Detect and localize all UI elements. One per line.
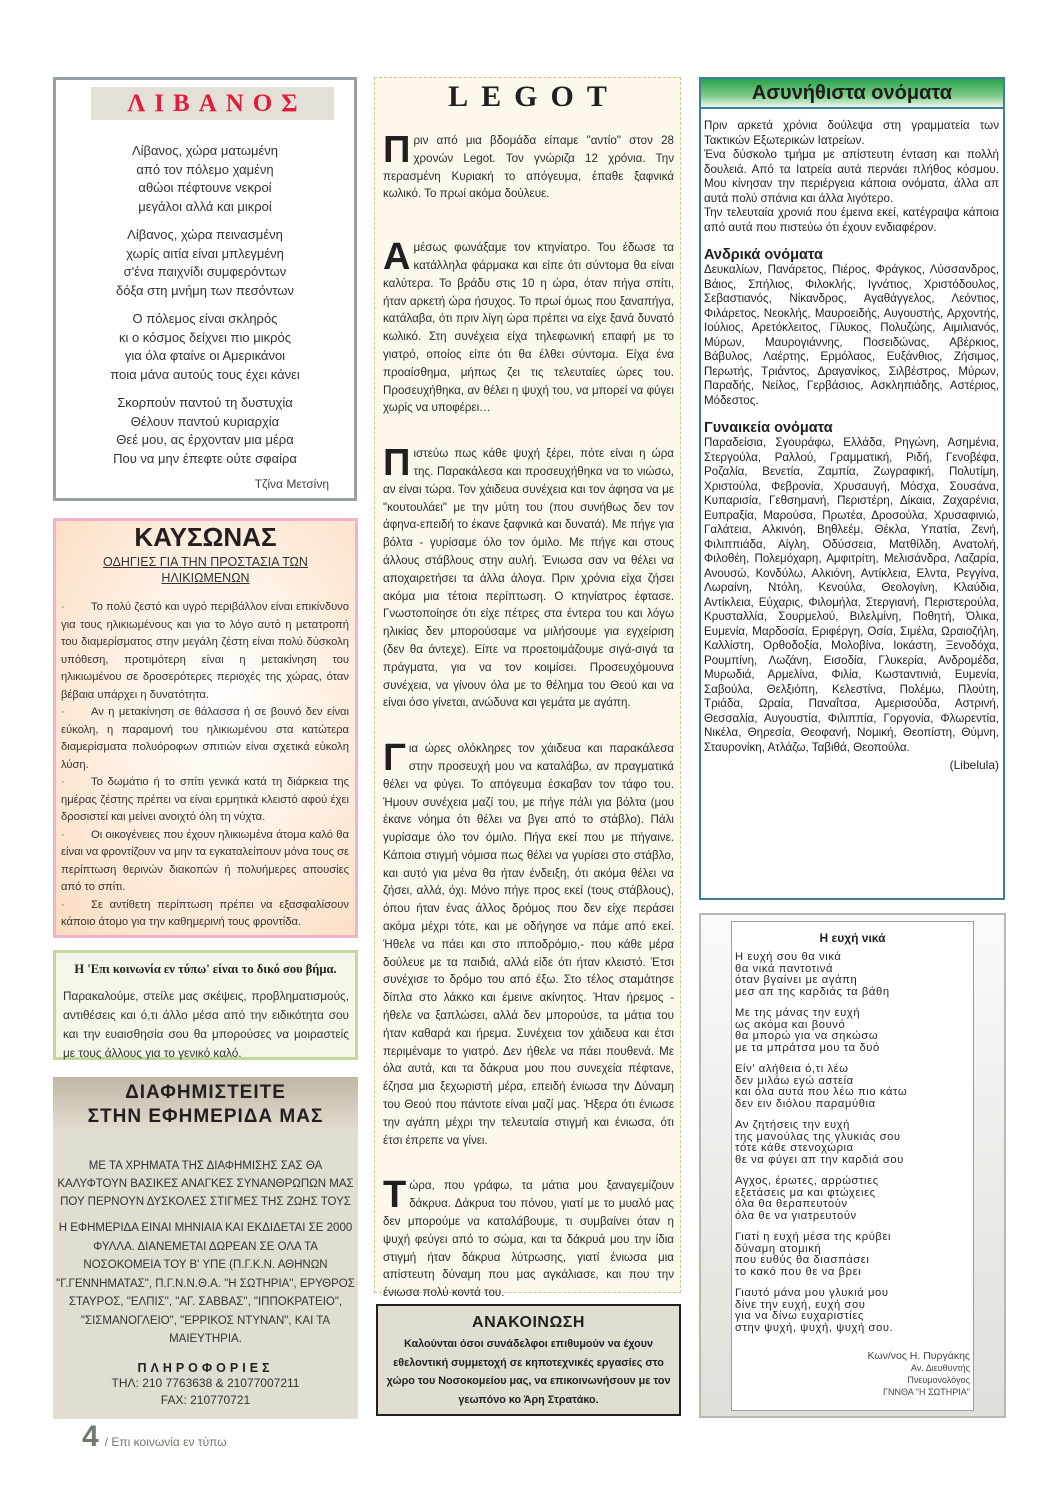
legot-article: LEGOT Πριν από μια βδομάδα είπαμε "αντίο… — [374, 77, 681, 1293]
bullet-icon: · — [61, 774, 91, 792]
libanos-poem-box: ΛΙΒΑΝΟΣ Λίβανος, χώρα ματωμένη από τον π… — [53, 77, 357, 501]
poem-line: μεγάλοι αλλά και μικροί — [56, 198, 354, 217]
legot-title: LEGOT — [375, 80, 680, 114]
bullet-icon: · — [61, 827, 91, 845]
advertise-paragraph: Η ΕΦΗΜΕΡΙΔΑ ΕΙΝΑΙ ΜΗΝΙΑΙΑ ΚΑΙ ΕΚΔΙΔΕΤΑΙ … — [53, 1219, 358, 1349]
poem-line: για όλα φταίνε οι Αμερικάνοι — [56, 347, 354, 366]
bullet-text: Το πολύ ζεστό και υγρό περιβάλλον είναι … — [61, 601, 349, 701]
names-credit: (Libelula) — [704, 758, 999, 773]
article-paragraph: Για ώρες ολόκληρες τον χάιδευα και παρακ… — [383, 740, 674, 1149]
dropcap: Γ — [383, 742, 406, 774]
paragraph-text: ιστεύω πως κάθε ψυχή ξέρει, πότε είναι η… — [383, 447, 674, 709]
signature-line: Αν. Διευθυντής — [868, 1362, 971, 1374]
poem-line: για να δίνω ευχαριστίες — [735, 1311, 973, 1323]
heatwave-body: ·Το πολύ ζεστό και υγρό περιβάλλον είναι… — [61, 599, 349, 932]
dropcap: Α — [383, 241, 410, 273]
bullet-item: ·Σε αντίθετη περίπτωση πρέπει να εξασφαλ… — [61, 897, 349, 932]
dropcap: Π — [383, 134, 410, 166]
paragraph-text: ριν από μια βδομάδα είπαμε "αντίο" στον … — [383, 134, 674, 200]
poem-stanza: Είν' αλήθεια ό,τι λέω δεν μιλάω εγώ αστε… — [735, 1064, 973, 1110]
poem-line: δόξα στη μνήμη των πεσόντων — [56, 282, 354, 301]
dropcap: Τ — [383, 1179, 406, 1211]
unusual-names-title: Ασυνήθιστα ονόματα — [701, 79, 1003, 109]
libanos-author: Τζίνα Μετσίνη — [255, 477, 329, 491]
poem-stanza: Με της μάνας την ευχή ως ακόμα και βουνό… — [735, 1008, 973, 1054]
bullet-text: Οι οικογένειες που έχουν ηλικιωμένα άτομ… — [61, 829, 349, 894]
advertise-title-line: ΣΤΗΝ ΕΦΗΜΕΡΙΔΑ ΜΑΣ — [53, 1105, 358, 1129]
heatwave-article: ΚΑΥΣΩΝΑΣ ΟΔΗΓΙΕΣ ΓΙΑ ΤΗΝ ΠΡΟΣΤΑΣΙΑ ΤΩΝ Η… — [53, 518, 358, 938]
bullet-item: ·Αν η μετακίνηση σε θάλασσα ή σε βουνό δ… — [61, 704, 349, 774]
announcement-text: Καλούνται όσοι συνάδελφοι επιθυμούν να έ… — [384, 1335, 673, 1409]
intro-text: Πριν αρκετά χρόνια δούλεψα στη γραμματεί… — [704, 119, 999, 148]
publication-name: / Επι κοινωνία εν τύπω — [105, 1435, 227, 1449]
poem-line: Με της μάνας την ευχή — [735, 1008, 973, 1020]
poem-line: ποια μάνα αυτούς τους έχει κάνει — [56, 366, 354, 385]
article-paragraph: Πριν από μια βδομάδα είπαμε "αντίο" στον… — [383, 132, 674, 203]
unusual-names-body: Πριν αρκετά χρόνια δούλεψα στη γραμματεί… — [704, 119, 999, 773]
poem-stanza: Λίβανος, χώρα πεινασμένη χωρίς αιτία είν… — [56, 226, 354, 300]
poem-line: δεν ειν διόλου παραμύθια — [735, 1099, 973, 1111]
bullet-item: ·Το δωμάτιο ή το σπίτι γενικά κατά τη δι… — [61, 774, 349, 827]
poem-line: κι ο κόσμος δείχνει πιο μικρός — [56, 329, 354, 348]
blessing-poem-signature: Κων/νος Η. Πυργάκης Αν. Διευθυντής Πνευμ… — [868, 1350, 971, 1398]
poem-line: Η ευχή σου θα νικά — [735, 952, 973, 964]
poem-stanza: Λίβανος, χώρα ματωμένη από τον πόλεμο χα… — [56, 142, 354, 216]
poem-line: Είν' αλήθεια ό,τι λέω — [735, 1064, 973, 1076]
bullet-item: ·Το πολύ ζεστό και υγρό περιβάλλον είναι… — [61, 599, 349, 704]
heatwave-subtitle: ΟΔΗΓΙΕΣ ΓΙΑ ΤΗΝ ΠΡΟΣΤΑΣΙΑ ΤΩΝ ΗΛΙΚΙΩΜΕΝΩ… — [56, 554, 355, 586]
article-paragraph: Αμέσως φωνάξαμε τον κτηνίατρο. Του έδωσε… — [383, 239, 674, 417]
announcement-box: ΑΝΑΚΟΙΝΩΣΗ Καλούνται όσοι συνάδελφοι επι… — [376, 1304, 681, 1416]
unusual-names-article: Ασυνήθιστα ονόματα Πριν αρκετά χρόνια δο… — [699, 77, 1005, 900]
intro-text: Την τελευταία χρονιά που έμεινα εκεί, κα… — [704, 206, 999, 235]
article-paragraph: Τώρα, που γράφω, τα μάτια μου ξαναγεμίζο… — [383, 1177, 674, 1302]
blessing-poem: Η ευχή σου θα νικά θα νικά παντοτινά ότα… — [735, 952, 973, 1334]
poem-line: Γιαυτό μάνα μου γλυκιά μου — [735, 1288, 973, 1300]
libanos-poem: Λίβανος, χώρα ματωμένη από τον πόλεμο χα… — [56, 142, 354, 478]
contact-fax: FAX: 210770721 — [53, 1392, 358, 1409]
advertise-paragraph: ΜΕ ΤΑ ΧΡΗΜΑΤΑ ΤΗΣ ΔΙΑΦΗΜΙΣΗΣ ΣΑΣ ΘΑ ΚΑΛΥ… — [53, 1157, 358, 1211]
intro-text: Ένα δύσκολο τμήμα με απίστευτη ένταση κα… — [704, 148, 999, 206]
dropcap: Π — [383, 447, 410, 479]
paragraph-text: μέσως φωνάξαμε τον κτηνίατρο. Του έδωσε … — [383, 241, 674, 414]
subtitle-line: ΟΔΗΓΙΕΣ ΓΙΑ ΤΗΝ ΠΡΟΣΤΑΣΙΑ ΤΩΝ — [56, 554, 355, 570]
poem-line: χωρίς αιτία είναι μπλεγμένη — [56, 245, 354, 264]
poem-stanza: Γιαυτό μάνα μου γλυκιά μου δίνε την ευχή… — [735, 1288, 973, 1334]
bullet-icon: · — [61, 897, 91, 915]
contribution-box: Η 'Επι κοινωνία εν τύπω' είναι το δικό σ… — [53, 950, 358, 1060]
female-names-heading: Γυναικεία ονόματα — [704, 420, 999, 436]
poem-line: Που να μην έπεφτε ούτε σφαίρα — [56, 450, 354, 469]
bullet-text: Σε αντίθετη περίπτωση πρέπει να εξασφαλί… — [61, 899, 349, 929]
contribution-text: Παρακαλούμε, στείλε μας σκέψεις, προβλημ… — [63, 987, 349, 1063]
bullet-icon: · — [61, 704, 91, 722]
poem-stanza: Αγχος, έρωτες, αρρώστιες εξετάσεις μα κα… — [735, 1176, 973, 1222]
poem-line: Αγχος, έρωτες, αρρώστιες — [735, 1176, 973, 1188]
poem-stanza: Γιατί η ευχή μέσα της κρύβει δύναμη ατομ… — [735, 1232, 973, 1278]
info-heading: ΠΛΗΡΟΦΟΡΙΕΣ — [53, 1361, 358, 1375]
signature-line: Πνευμονολόγος — [868, 1374, 971, 1386]
poem-line: το κακό που θε να βρει — [735, 1267, 973, 1279]
poem-line: τότε κάθε στενοχώρια — [735, 1143, 973, 1155]
poem-line: θε να φύγει απ την καρδιά σου — [735, 1155, 973, 1167]
contribution-headline: Η 'Επι κοινωνία εν τύπω' είναι το δικό σ… — [56, 962, 355, 977]
page-number: 4 — [82, 1420, 99, 1454]
bullet-item: ·Οι οικογένειες που έχουν ηλικιωμένα άτο… — [61, 827, 349, 897]
poem-stanza: Η ευχή σου θα νικά θα νικά παντοτινά ότα… — [735, 952, 973, 998]
advertise-title-line: ΔΙΑΦΗΜΙΣΤΕΙΤΕ — [53, 1081, 358, 1105]
poem-line: όλα θε να γιατρευτούν — [735, 1211, 973, 1223]
poem-line: Αν ζητήσεις την ευχή — [735, 1120, 973, 1132]
article-paragraph: Πιστεύω πως κάθε ψυχή ξέρει, πότε είναι … — [383, 445, 674, 712]
announcement-title: ΑΝΑΚΟΙΝΩΣΗ — [378, 1313, 679, 1333]
male-names-list: Δευκαλίων, Πανάρετος, Πιέρος, Φράγκος, Λ… — [704, 263, 999, 408]
libanos-title: ΛΙΒΑΝΟΣ — [118, 90, 306, 117]
signature-line: ΓΝΝΘΑ "Η ΣΩΤΗΡΙΑ" — [868, 1386, 971, 1398]
poem-line: Θέλουν παντού κυριαρχία — [56, 413, 354, 432]
advertise-title: ΔΙΑΦΗΜΙΣΤΕΙΤΕ ΣΤΗΝ ΕΦΗΜΕΡΙΔΑ ΜΑΣ — [53, 1077, 358, 1132]
poem-line: Θεέ μου, ας έρχονταν μια μέρα — [56, 431, 354, 450]
poem-line: Γιατί η ευχή μέσα της κρύβει — [735, 1232, 973, 1244]
poem-line: Σκορπούν παντού τη δυστυχία — [56, 394, 354, 413]
bullet-text: Το δωμάτιο ή το σπίτι γενικά κατά τη διά… — [61, 776, 349, 823]
paragraph-text: ώρα, που γράφω, τα μάτια μου ξαναγεμίζου… — [383, 1179, 674, 1299]
male-names-heading: Ανδρικά ονόματα — [704, 247, 999, 263]
blessing-poem-box: Η ευχή νικά Η ευχή σου θα νικά θα νικά π… — [731, 921, 974, 1411]
poem-stanza: Ο πόλεμος είναι σκληρός κι ο κόσμος δείχ… — [56, 310, 354, 384]
libanos-title-bar: ΛΙΒΑΝΟΣ — [91, 87, 334, 120]
poem-line: μεσ απ της καρδιάς τα βάθη — [735, 987, 973, 999]
poem-stanza: Σκορπούν παντού τη δυστυχία Θέλουν παντο… — [56, 394, 354, 468]
heatwave-title: ΚΑΥΣΩΝΑΣ — [56, 523, 355, 551]
contact-phone: ΤΗΛ: 210 7763638 & 21077007211 — [53, 1375, 358, 1392]
poem-line: Λίβανος, χώρα πεινασμένη — [56, 226, 354, 245]
poem-line: αθώοι πέφτουνε νεκροί — [56, 179, 354, 198]
female-names-list: Παραδείσια, Σγουράφω, Ελλάδα, Ρηγώνη, Ασ… — [704, 436, 999, 755]
bullet-text: Αν η μετακίνηση σε θάλασσα ή σε βουνό δε… — [61, 706, 349, 771]
poem-line: και όλα αυτά που λέω πιο κάτω — [735, 1087, 973, 1099]
blessing-poem-title: Η ευχή νικά — [732, 931, 973, 945]
poem-line: σ'ένα παιχνίδι συμφερόντων — [56, 263, 354, 282]
blessing-poem-frame: Η ευχή νικά Η ευχή σου θα νικά θα νικά π… — [699, 913, 1006, 1418]
poem-line: Λίβανος, χώρα ματωμένη — [56, 142, 354, 161]
poem-line: όλα θα θεραπευτούν — [735, 1199, 973, 1211]
poem-line: που ευθύς θα διασπάσει — [735, 1255, 973, 1267]
page-footer: 4 / Επι κοινωνία εν τύπω — [82, 1420, 227, 1456]
poem-line: όταν βγαίνει με αγάπη — [735, 975, 973, 987]
poem-line: με τα μπράτσα μου τα δυό — [735, 1043, 973, 1055]
signature-name: Κων/νος Η. Πυργάκης — [868, 1350, 971, 1362]
poem-line: Ο πόλεμος είναι σκληρός — [56, 310, 354, 329]
bullet-icon: · — [61, 599, 91, 617]
poem-line: θα μπορώ για να σηκώσω — [735, 1031, 973, 1043]
subtitle-line: ΗΛΙΚΙΩΜΕΝΩΝ — [56, 570, 355, 586]
poem-line: στην ψυχή, ψυχή, ψυχή σου. — [735, 1323, 973, 1335]
paragraph-text: ια ώρες ολόκληρες τον χάιδευα και παρακά… — [383, 742, 674, 1147]
poem-stanza: Αν ζητήσεις την ευχή της μανούλας της γλ… — [735, 1120, 973, 1166]
advertise-box: ΔΙΑΦΗΜΙΣΤΕΙΤΕ ΣΤΗΝ ΕΦΗΜΕΡΙΔΑ ΜΑΣ ΜΕ ΤΑ Χ… — [53, 1077, 358, 1419]
poem-line: από τον πόλεμο χαμένη — [56, 161, 354, 180]
